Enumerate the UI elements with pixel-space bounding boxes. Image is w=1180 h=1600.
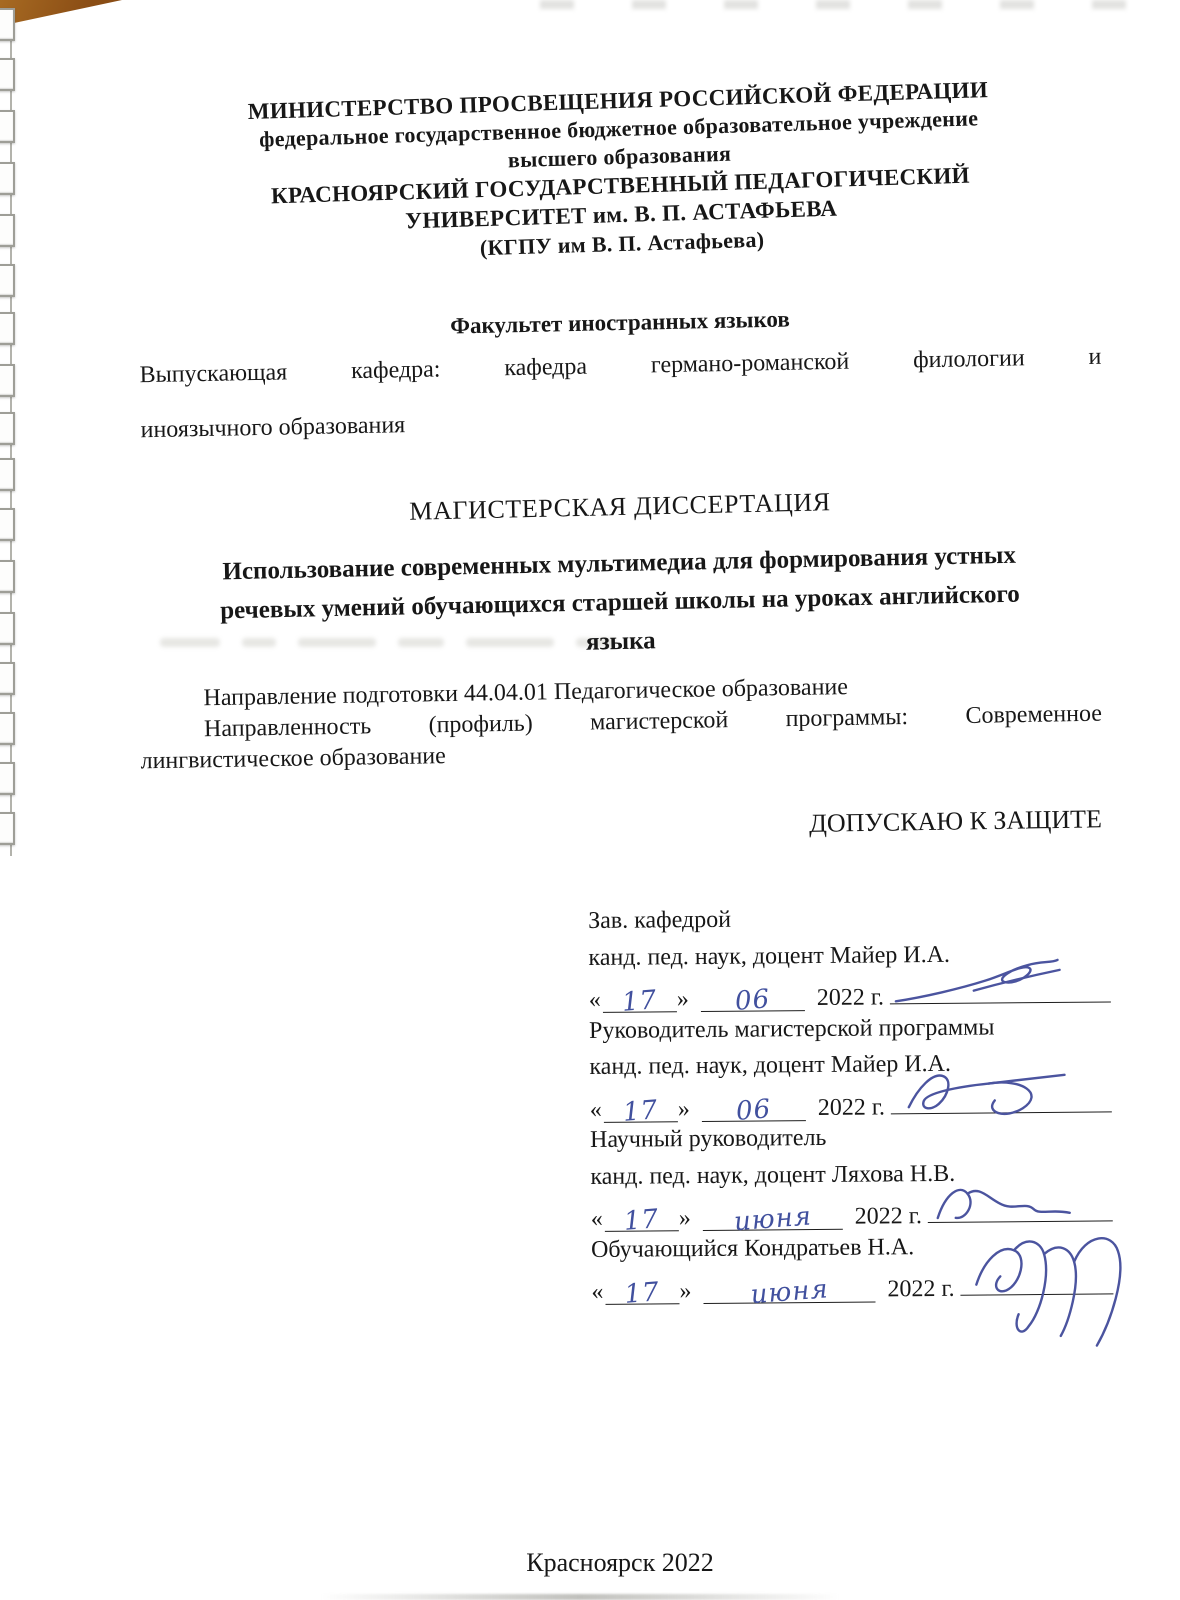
approval-signature-block: Зав. кафедрой канд. пед. наук, доцент Ма… xyxy=(588,898,1113,1304)
close-quote: » xyxy=(677,986,689,1013)
scanned-thesis-title-page: МИНИСТЕРСТВО ПРОСВЕЩЕНИЯ РОССИЙСКОЙ ФЕДЕ… xyxy=(0,0,1180,1600)
binding-hole xyxy=(0,214,15,247)
handwritten-day-field: 17 xyxy=(605,1200,679,1232)
signature-field xyxy=(890,971,1111,1004)
binding-hole xyxy=(0,412,15,445)
signer-role: Зав. кафедрой xyxy=(588,898,1110,939)
binding-hole xyxy=(0,162,15,195)
binding-hole xyxy=(0,812,15,845)
year-label: 2022 г. xyxy=(855,1203,922,1231)
signer-credentials: канд. пед. наук, доцент Ляхова Н.В. xyxy=(590,1154,1112,1195)
close-quote: » xyxy=(679,1278,691,1305)
department-line: Выпускающая кафедра: кафедра германо-ром… xyxy=(139,343,1101,389)
faculty-name: Факультет иностранных языков xyxy=(120,300,1120,347)
open-quote: « xyxy=(590,1096,602,1123)
open-quote: « xyxy=(591,1279,603,1306)
signer-credentials: канд. пед. наук, доцент Майер И.А. xyxy=(589,1044,1111,1085)
binding-hole xyxy=(0,662,15,695)
thesis-type-heading: МАГИСТЕРСКАЯ ДИССЕРТАЦИЯ xyxy=(120,481,1120,534)
open-quote: « xyxy=(589,987,601,1014)
city-year: Красноярск 2022 xyxy=(120,1548,1120,1578)
handwritten-day-field: 17 xyxy=(604,1091,678,1123)
date-signature-row: « 17 » 06 2022 г. xyxy=(590,1081,1112,1122)
year-label: 2022 г. xyxy=(818,1094,885,1122)
date-signature-row: « 17 » июня 2022 г. xyxy=(591,1263,1113,1304)
scan-smudge-top xyxy=(540,0,1180,9)
date-signature-row: « 17 » июня 2022 г. xyxy=(591,1190,1113,1231)
signature-field xyxy=(891,1081,1112,1114)
program-info: Направление подготовки 44.04.01 Педагоги… xyxy=(139,668,1102,778)
ministry-header: МИНИСТЕРСТВО ПРОСВЕЩЕНИЯ РОССИЙСКОЙ ФЕДЕ… xyxy=(118,71,1123,273)
handwritten-month-field: 06 xyxy=(702,1090,806,1122)
handwritten-month-field: июня xyxy=(703,1199,843,1231)
binding-hole xyxy=(0,612,15,645)
handwritten-month-field: 06 xyxy=(701,980,805,1012)
signer-role: Руководитель магистерской программы xyxy=(589,1008,1111,1049)
open-quote: « xyxy=(591,1206,603,1233)
close-quote: » xyxy=(678,1096,690,1123)
date-signature-row: « 17 » 06 2022 г. xyxy=(589,971,1111,1012)
binding-hole xyxy=(0,58,15,91)
thesis-title: Использование современных мультимедиа дл… xyxy=(119,534,1121,672)
close-quote: » xyxy=(679,1205,691,1232)
desk-corner xyxy=(0,0,122,26)
binding-hole xyxy=(0,364,15,397)
binding-hole xyxy=(0,560,15,593)
signer-role: Обучающийся Кондратьев Н.А. xyxy=(591,1227,1113,1268)
binding-hole xyxy=(0,712,15,745)
binding-hole xyxy=(0,110,15,143)
handwritten-month-field: июня xyxy=(703,1272,875,1304)
binding-hole xyxy=(0,312,15,345)
binding-hole xyxy=(0,762,15,795)
department-line: иноязычного образования xyxy=(140,398,1102,444)
year-label: 2022 г. xyxy=(817,984,884,1012)
binding-hole xyxy=(0,508,15,541)
year-label: 2022 г. xyxy=(887,1276,954,1304)
binding-hole xyxy=(0,8,15,41)
binding-hole xyxy=(0,264,15,297)
signer-credentials: канд. пед. наук, доцент Майер И.А. xyxy=(588,935,1110,976)
signer-role: Научный руководитель xyxy=(590,1117,1112,1158)
graduating-department: Выпускающая кафедра: кафедра германо-ром… xyxy=(139,343,1102,444)
binding-hole xyxy=(0,458,15,491)
handwritten-day-field: 17 xyxy=(603,981,677,1013)
signature-field xyxy=(928,1190,1113,1223)
handwritten-day-field: 17 xyxy=(605,1273,679,1305)
admission-heading: ДОПУСКАЮ К ЗАЩИТЕ xyxy=(120,804,1102,849)
signature-field xyxy=(960,1263,1113,1295)
scan-smudge-bottom xyxy=(320,1594,840,1600)
